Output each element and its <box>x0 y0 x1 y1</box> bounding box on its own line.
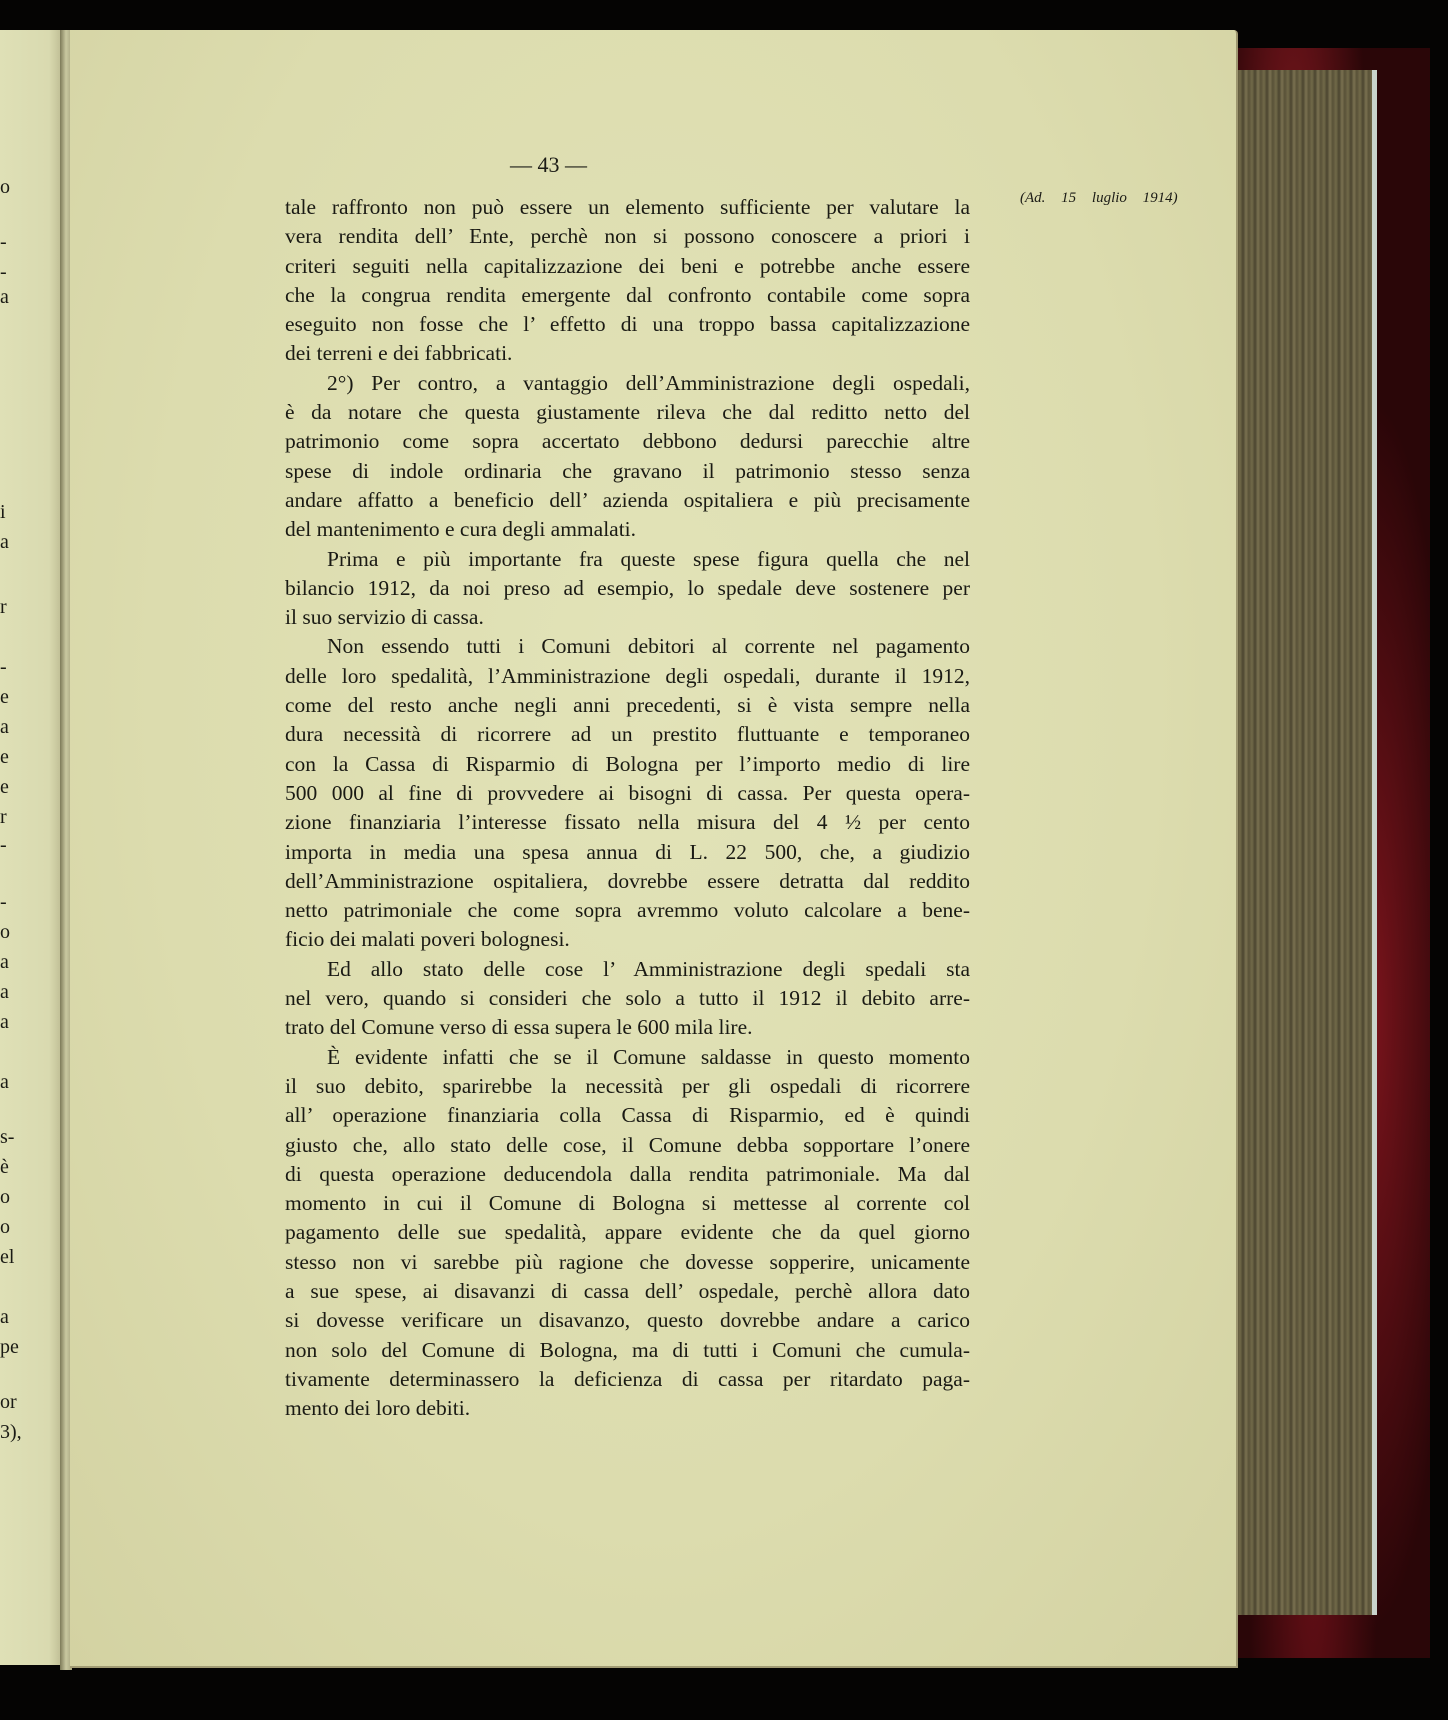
text-line: criteri seguiti nella capitalizzazione d… <box>285 252 970 281</box>
left-page-text-fragment: el <box>0 1246 14 1269</box>
text-line: bilancio 1912, da noi preso ad esempio, … <box>285 574 970 603</box>
left-page-text-fragment: a <box>0 981 9 1004</box>
text-line: dell’Amministrazione ospitaliera, dovreb… <box>285 867 970 896</box>
text-line: nel vero, quando si consideri che solo a… <box>285 984 970 1013</box>
text-line: del mantenimento e cura degli ammalati. <box>285 515 970 544</box>
text-line: con la Cassa di Risparmio di Bologna per… <box>285 750 970 779</box>
left-page-text-fragment: a <box>0 1306 9 1329</box>
left-page-text-fragment: o <box>0 921 10 944</box>
left-page-text-fragment: r <box>0 596 7 619</box>
text-line: Ed allo stato delle cose l’ Amministrazi… <box>285 955 970 984</box>
text-line: dei terreni e dei fabbricati. <box>285 339 970 368</box>
left-page-text-fragment: è <box>0 1156 9 1179</box>
text-line: netto patrimoniale che come sopra avremm… <box>285 896 970 925</box>
text-line: a sue spese, ai disavanzi di cassa dell’… <box>285 1277 970 1306</box>
text-line: mento dei loro debiti. <box>285 1394 970 1423</box>
left-page-text-fragment: - <box>0 891 7 914</box>
text-line: tivamente determinassero la deficienza d… <box>285 1365 970 1394</box>
text-line: stesso non vi sarebbe più ragione che do… <box>285 1248 970 1277</box>
left-page-text-fragment: o <box>0 176 10 199</box>
text-line: vera rendita dell’ Ente, perchè non si p… <box>285 222 970 251</box>
left-page-text-fragment: - <box>0 656 7 679</box>
text-line: non solo del Comune di Bologna, ma di tu… <box>285 1336 970 1365</box>
left-page-text-fragment: a <box>0 531 9 554</box>
left-page-text-fragment: - <box>0 231 7 254</box>
text-line: 2°) Per contro, a vantaggio dell’Amminis… <box>285 369 970 398</box>
left-page-text-fragment: a <box>0 286 9 309</box>
left-page-text-fragment: e <box>0 686 9 709</box>
text-line: si dovesse verificare un disavanzo, ques… <box>285 1306 970 1335</box>
text-line: importa in media una spesa annua di L. 2… <box>285 838 970 867</box>
text-line: 500 000 al fine di provvedere ai bisogni… <box>285 779 970 808</box>
text-line: giusto che, allo stato delle cose, il Co… <box>285 1131 970 1160</box>
text-line: all’ operazione finanziaria colla Cassa … <box>285 1101 970 1130</box>
text-line: eseguito non fosse che l’ effetto di una… <box>285 310 970 339</box>
margin-date-note: (Ad. 15 luglio 1914) <box>1020 190 1178 207</box>
left-page-text-fragment: or <box>0 1391 17 1414</box>
text-line: ficio dei malati poveri bolognesi. <box>285 925 970 954</box>
body-text: tale raffronto non può essere un element… <box>285 193 970 1423</box>
left-page-text-fragment: o <box>0 1186 10 1209</box>
left-page-text-fragment: e <box>0 776 9 799</box>
text-line: delle loro spedalità, l’Amministrazione … <box>285 662 970 691</box>
text-line: che la congrua rendita emergente dal con… <box>285 281 970 310</box>
text-line: di questa operazione deducendola dalla r… <box>285 1160 970 1189</box>
text-line: come del resto anche negli anni preceden… <box>285 691 970 720</box>
left-page-text-fragment: 3), <box>0 1421 22 1444</box>
left-page-text-fragment: i <box>0 501 6 524</box>
left-page-text-fragment: o <box>0 1216 10 1239</box>
left-page-text-fragment: a <box>0 1071 9 1094</box>
left-page-text-fragment: r <box>0 806 7 829</box>
text-line: zione finanziaria l’interesse fissato ne… <box>285 808 970 837</box>
text-line: il suo servizio di cassa. <box>285 603 970 632</box>
page-number: — 43 — <box>510 152 730 178</box>
text-line: Prima e più importante fra queste spese … <box>285 545 970 574</box>
text-line: andare affatto a beneficio dell’ azienda… <box>285 486 970 515</box>
left-page-text-fragment: a <box>0 951 9 974</box>
text-line: è da notare che questa giustamente rilev… <box>285 398 970 427</box>
text-line: Non essendo tutti i Comuni debitori al c… <box>285 632 970 661</box>
text-line: momento in cui il Comune di Bologna si m… <box>285 1189 970 1218</box>
book-page: — 43 — (Ad. 15 luglio 1914) tale raffron… <box>70 30 1238 1668</box>
left-page-text-fragment: pe <box>0 1336 19 1359</box>
text-line: il suo debito, sparirebbe la necessità p… <box>285 1072 970 1101</box>
page-block-edges <box>1237 70 1377 1615</box>
text-line: È evidente infatti che se il Comune sald… <box>285 1043 970 1072</box>
left-page-text-fragment: s- <box>0 1126 14 1149</box>
left-page-text-fragment: a <box>0 716 9 739</box>
text-line: spese di indole ordinaria che gravano il… <box>285 457 970 486</box>
text-line: trato del Comune verso di essa supera le… <box>285 1013 970 1042</box>
left-page-text-fragment: - <box>0 261 7 284</box>
left-page-text-fragment: a <box>0 1011 9 1034</box>
text-line: pagamento delle sue spedalità, appare ev… <box>285 1218 970 1247</box>
text-line: tale raffronto non può essere un element… <box>285 193 970 222</box>
text-line: dura necessità di ricorrere ad un presti… <box>285 720 970 749</box>
left-page-text-fragment: e <box>0 746 9 769</box>
text-line: patrimonio come sopra accertato debbono … <box>285 427 970 456</box>
left-page-text-fragment: - <box>0 834 7 857</box>
